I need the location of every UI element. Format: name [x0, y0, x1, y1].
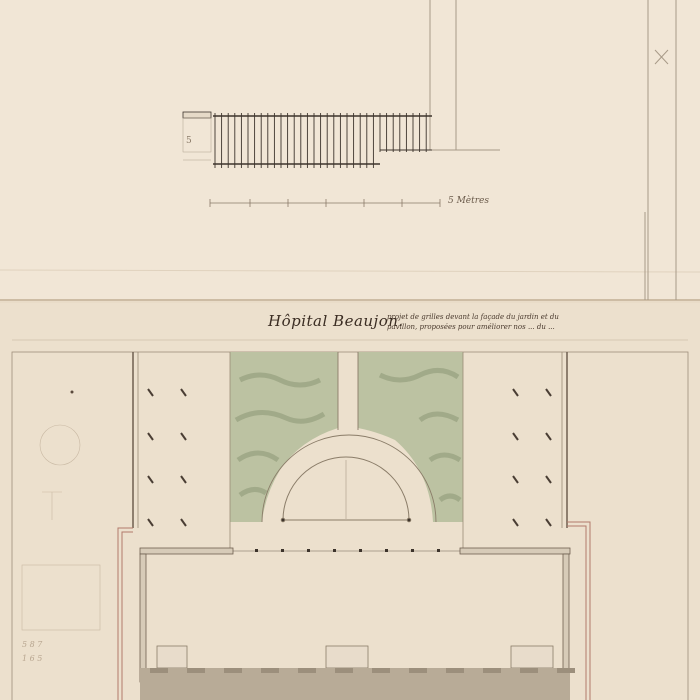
side-courts	[133, 352, 567, 548]
faint-sketches	[22, 425, 100, 630]
side-note-1: 5 8 7	[22, 640, 42, 649]
grille-bars	[215, 113, 426, 168]
architectural-sheet: 5	[0, 0, 700, 700]
drawing-subtitle: projet de grilles devant la façade du ja…	[387, 312, 587, 332]
scale-label: 5 Mètres	[448, 196, 489, 206]
drawing-linework: 5	[0, 0, 700, 700]
drawing-title: Hôpital Beaujon.	[268, 312, 404, 330]
fence-posts	[255, 549, 440, 552]
grille-mark: 5	[186, 136, 192, 146]
scale-bar	[210, 199, 440, 207]
stair-blocks	[157, 646, 553, 668]
upper-right-frame	[430, 0, 676, 300]
side-note-2: 1 6 5	[22, 654, 42, 663]
garden-beds	[230, 352, 463, 522]
